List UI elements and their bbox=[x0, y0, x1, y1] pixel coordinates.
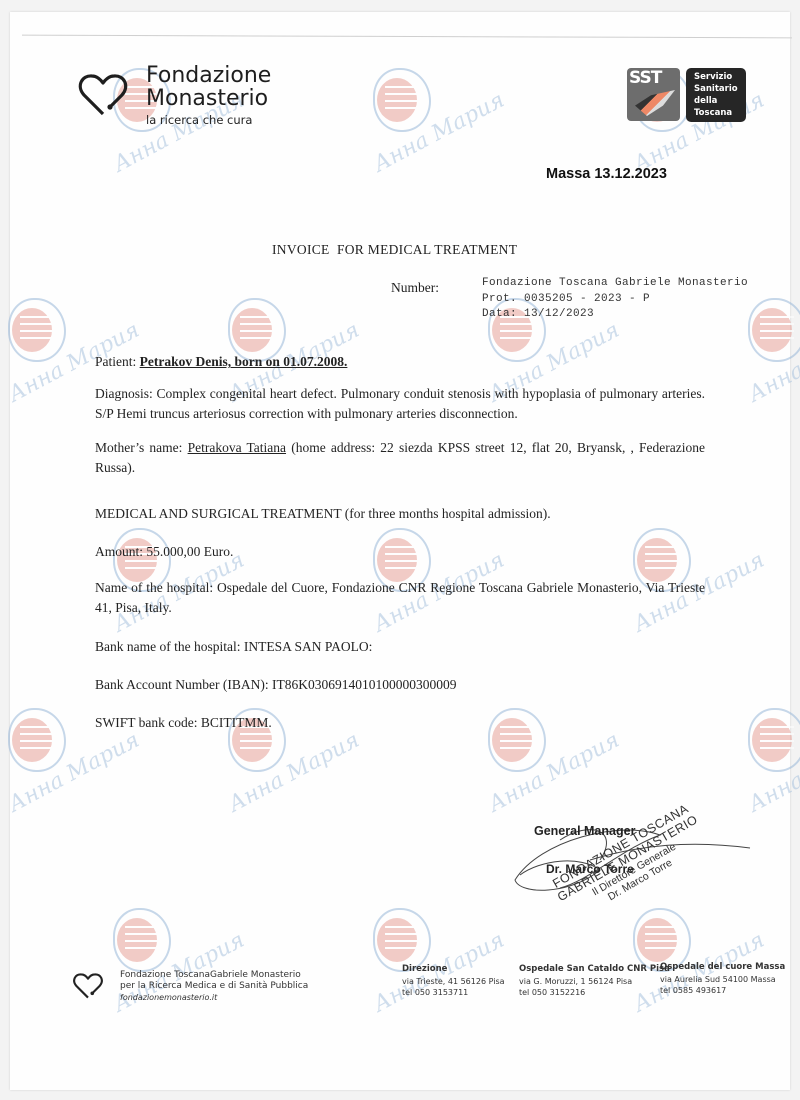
mother-info: Mother’s name: Petrakova Tatiana (home a… bbox=[95, 438, 705, 478]
bank-name: Bank name of the hospital: INTESA SAN PA… bbox=[95, 637, 705, 657]
footer-org-line1: Fondazione ToscanaGabriele Monasterio bbox=[120, 970, 308, 981]
swift-code: SWIFT bank code: BCITITMM. bbox=[95, 713, 705, 733]
protocol-line: Prot. 0035205 - 2023 - P bbox=[482, 292, 748, 308]
org-name-line1: Fondazione bbox=[146, 64, 271, 87]
footer-col-address: via G. Moruzzi, 1 56124 Pisa bbox=[519, 976, 670, 988]
org-tagline: la ricerca che cura bbox=[146, 113, 252, 127]
footer-col-heading: Ospedale San Cataldo CNR Pisa bbox=[519, 964, 670, 976]
sst-label-line: Sanitario bbox=[694, 83, 746, 95]
footer-col-address: via Aurelia Sud 54100 Massa bbox=[660, 974, 785, 986]
number-label: Number: bbox=[391, 280, 439, 296]
mother-name: Petrakova Tatiana bbox=[188, 440, 286, 455]
document-title: INVOICE FOR MEDICAL TREATMENT bbox=[272, 242, 517, 258]
sst-label-line: Servizio bbox=[694, 71, 746, 83]
footer-org: Fondazione ToscanaGabriele Monasterio pe… bbox=[120, 970, 308, 1003]
scan-edge-line bbox=[22, 35, 792, 39]
footer-col-address: via Trieste, 41 56126 Pisa bbox=[402, 976, 505, 988]
footer-col-phone: tel 0585 493617 bbox=[660, 985, 785, 997]
patient-label: Patient: bbox=[95, 354, 140, 369]
footer-website: fondazionemonasterio.it bbox=[120, 992, 308, 1003]
sst-logo-icon: SST bbox=[627, 68, 680, 121]
footer-heart-logo-icon bbox=[72, 972, 104, 1000]
footer-col-heading: Ospedale del cuore Massa bbox=[660, 962, 785, 974]
protocol-line: Fondazione Toscana Gabriele Monasterio bbox=[482, 276, 748, 292]
iban: Bank Account Number (IBAN): IT86K0306914… bbox=[95, 675, 705, 695]
patient-value: Petrakov Denis, born on 01.07.2008. bbox=[140, 354, 348, 369]
runner-figure-icon bbox=[635, 90, 675, 116]
sst-label-line: Toscana bbox=[694, 107, 746, 119]
sst-label: Servizio Sanitario della Toscana bbox=[686, 68, 746, 122]
footer-col-heading: Direzione bbox=[402, 964, 505, 976]
place-date: Massa 13.12.2023 bbox=[546, 166, 667, 182]
heart-logo-icon bbox=[78, 72, 128, 118]
footer-col-phone: tel 050 3152216 bbox=[519, 987, 670, 999]
footer-col-phone: tel 050 3153711 bbox=[402, 987, 505, 999]
footer-col-san-cataldo: Ospedale San Cataldo CNR Pisa via G. Mor… bbox=[519, 964, 670, 999]
amount: Amount: 55.000,00 Euro. bbox=[95, 542, 705, 562]
diagnosis: Diagnosis: Complex congenital heart defe… bbox=[95, 384, 705, 424]
protocol-number: Fondazione Toscana Gabriele Monasterio P… bbox=[482, 276, 748, 323]
sst-logo-text: SST bbox=[629, 68, 661, 88]
org-name: Fondazione Monasterio bbox=[146, 64, 271, 110]
sst-label-line: della bbox=[694, 95, 746, 107]
signatory-title: General Manager bbox=[534, 824, 635, 838]
org-name-line2: Monasterio bbox=[146, 87, 271, 110]
treatment: MEDICAL AND SURGICAL TREATMENT (for thre… bbox=[95, 504, 705, 524]
footer-org-line2: per la Ricerca Medica e di Sanità Pubbli… bbox=[120, 981, 308, 992]
footer-col-direzione: Direzione via Trieste, 41 56126 Pisa tel… bbox=[402, 964, 505, 999]
mother-label: Mother’s name: bbox=[95, 440, 188, 455]
protocol-line: Data: 13/12/2023 bbox=[482, 307, 748, 323]
footer-col-massa: Ospedale del cuore Massa via Aurelia Sud… bbox=[660, 962, 785, 997]
patient-line: Patient: Petrakov Denis, born on 01.07.2… bbox=[95, 352, 705, 372]
hospital-name: Name of the hospital: Ospedale del Cuore… bbox=[95, 578, 705, 618]
